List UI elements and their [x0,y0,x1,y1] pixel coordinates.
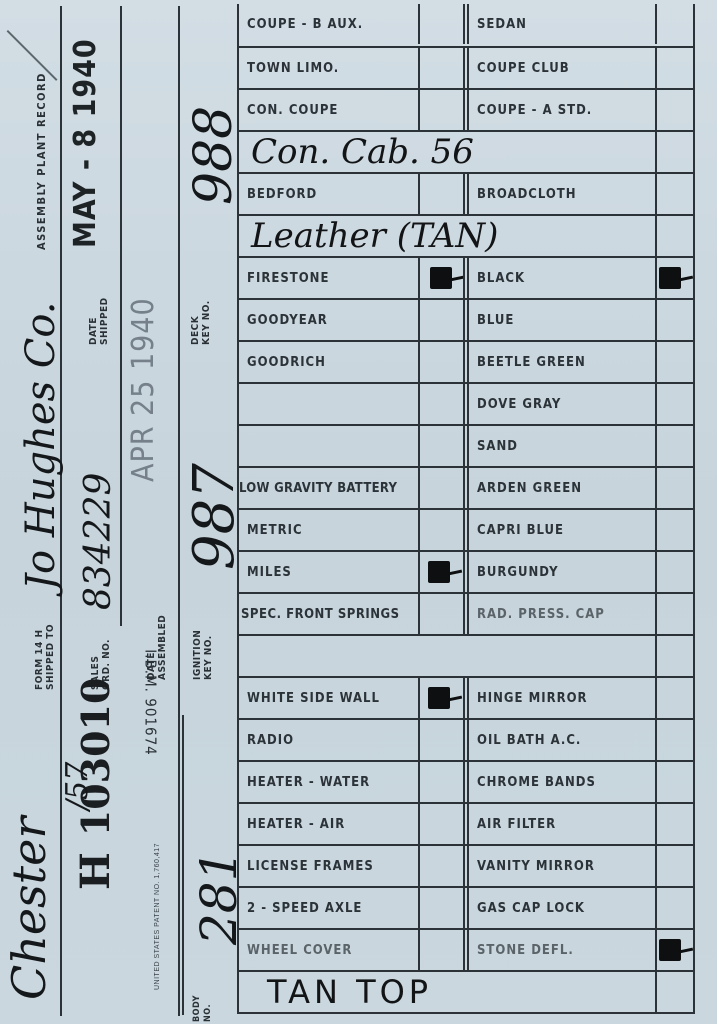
option-checkbox[interactable] [655,300,695,340]
grid-row: CON. COUPE COUPE - A STD. [237,88,695,130]
date-assembled-value: APR 25 1940 [126,297,161,482]
option-checkbox[interactable] [655,4,695,44]
grid-row: LICENSE FRAMES VANITY MIRROR [237,844,695,886]
option-label: MILES [237,552,418,592]
option-label: VANITY MIRROR [463,846,655,886]
grid-row: BEDFORD BROADCLOTH [237,172,695,214]
serial-number-value: 103010 [73,678,118,837]
pencil-stroke [7,30,58,81]
grid-row: SPEC. FRONT SPRINGS RAD. PRESS. CAP [237,592,695,634]
grid-row: SAND [237,424,695,466]
option-label: COUPE - A STD. [463,90,655,130]
option-label: CHROME BANDS [463,762,655,802]
option-label: SAND [463,426,655,466]
grid-row: METRIC CAPRI BLUE [237,508,695,550]
left-column-line-3 [178,6,180,1016]
option-checkbox[interactable] [655,972,695,1012]
grid-row: MILES BURGUNDY [237,550,695,592]
option-label: SPEC. FRONT SPRINGS [237,594,418,634]
option-checkbox[interactable] [655,132,695,172]
option-checkbox[interactable] [655,678,695,718]
option-checkbox-checked[interactable] [418,258,463,298]
option-label: STONE DEFL. [463,930,655,970]
option-checkbox[interactable] [655,468,695,508]
option-checkbox[interactable] [418,846,463,886]
left-column-line-2 [120,6,122,626]
grid-row: HEATER - WATER CHROME BANDS [237,760,695,802]
option-label: WHITE SIDE WALL [237,678,418,718]
option-label: CON. COUPE [237,90,418,130]
signature: Chester [2,817,56,1000]
check-mark-icon [430,267,452,289]
option-checkbox-checked[interactable] [418,552,463,592]
grid-row: FIRESTONE BLACK [237,256,695,298]
option-label: GOODRICH [237,342,418,382]
option-checkbox[interactable] [418,510,463,550]
option-label: BLUE [463,300,655,340]
grid-row-blank [237,634,695,676]
option-checkbox[interactable] [655,384,695,424]
option-label: LOW GRAVITY BATTERY [237,468,418,508]
grid-row: TOWN LIMO. COUPE CLUB [237,46,695,88]
option-checkbox[interactable] [655,342,695,382]
deck-key-value: 988 [184,106,244,205]
option-checkbox[interactable] [418,468,463,508]
grid-row: DOVE GRAY [237,382,695,424]
option-label: GAS CAP LOCK [463,888,655,928]
date-shipped-label: DATE SHIPPED [88,297,110,345]
option-checkbox-checked[interactable] [418,678,463,718]
upholstery-handwritten: Leather (TAN) [237,216,655,256]
grid-row: 2 - SPEED AXLE GAS CAP LOCK [237,886,695,928]
option-label: ARDEN GREEN [463,468,655,508]
option-checkbox[interactable] [655,552,695,592]
option-checkbox[interactable] [655,636,695,676]
option-checkbox[interactable] [655,720,695,760]
check-mark-icon [428,561,450,583]
serial-suffix: /57 [60,762,95,810]
assembly-plant-record-card: FORM 14 H SHIPPED TO Jo Hughes Co. ASSEM… [0,0,717,1024]
option-checkbox[interactable] [655,48,695,88]
option-label: HINGE MIRROR [463,678,655,718]
grid-row: HEATER - AIR AIR FILTER [237,802,695,844]
option-label: COUPE CLUB [463,48,655,88]
option-checkbox[interactable] [418,762,463,802]
top-color-handwritten: TAN TOP [237,972,655,1012]
option-label: BROADCLOTH [463,174,655,214]
option-label: LICENSE FRAMES [237,846,418,886]
date-shipped-value: MAY - 8 1940 [68,38,103,248]
sales-order-value: 834229 [78,473,119,610]
grid-row-handwritten: Con. Cab. 56 [237,130,695,172]
option-label: DOVE GRAY [463,384,655,424]
option-checkbox-checked[interactable] [655,258,695,298]
option-label: COUPE - B AUX. [237,4,418,44]
option-label: METRIC [237,510,418,550]
option-label [237,384,418,424]
option-checkbox[interactable] [418,342,463,382]
patent-text: UNITED STATES PATENT NO. 1,760,417 [154,843,161,990]
body-style-handwritten: Con. Cab. 56 [237,132,655,172]
option-label: OIL BATH A.C. [463,720,655,760]
ignition-key-label: IGNITION KEY NO. [192,630,214,680]
option-checkbox[interactable] [655,594,695,634]
option-checkbox[interactable] [418,426,463,466]
option-label: WHEEL COVER [237,930,418,970]
option-checkbox-checked[interactable] [655,930,695,970]
option-checkbox[interactable] [418,300,463,340]
date-assembled-label: DATE ASSEMBLED [146,615,168,680]
option-label: AIR FILTER [463,804,655,844]
blank-row [237,636,655,676]
option-checkbox[interactable] [655,762,695,802]
option-label: 2 - SPEED AXLE [237,888,418,928]
grid-row: WHEEL COVER STONE DEFL. [237,928,695,970]
option-checkbox[interactable] [655,216,695,256]
grid-row-handwritten: TAN TOP [237,970,695,1014]
check-mark-icon [659,267,681,289]
option-checkbox[interactable] [655,426,695,466]
option-label: TOWN LIMO. [237,48,418,88]
option-label: HEATER - AIR [237,804,418,844]
option-label: HEATER - WATER [237,762,418,802]
grid-row-handwritten: Leather (TAN) [237,214,695,256]
check-mark-icon [428,687,450,709]
grid-row: LOW GRAVITY BATTERY ARDEN GREEN [237,466,695,508]
option-label: SEDAN [463,4,655,44]
deck-key-label: DECK KEY NO. [190,300,212,345]
option-checkbox[interactable] [418,384,463,424]
option-checkbox[interactable] [655,804,695,844]
option-checkbox[interactable] [418,4,463,44]
body-no-label: BODY NO. [192,995,214,1022]
option-checkbox[interactable] [655,174,695,214]
shipped-to-value: Jo Hughes Co. [18,302,64,590]
option-checkbox[interactable] [418,888,463,928]
form-number-label: FORM 14 H SHIPPED TO [34,624,56,690]
option-label: CAPRI BLUE [463,510,655,550]
serial-series: H [72,852,119,890]
left-column-line-4 [182,715,184,1015]
check-mark-icon [659,939,681,961]
option-checkbox[interactable] [418,804,463,844]
option-checkbox[interactable] [655,846,695,886]
option-label [237,426,418,466]
option-checkbox[interactable] [418,720,463,760]
option-label: BLACK [463,258,655,298]
option-label: GOODYEAR [237,300,418,340]
option-label: FIRESTONE [237,258,418,298]
option-checkbox[interactable] [418,48,463,88]
option-label: BEETLE GREEN [463,342,655,382]
option-checkbox[interactable] [655,510,695,550]
option-checkbox[interactable] [655,888,695,928]
grid-row: WHITE SIDE WALL HINGE MIRROR [237,676,695,718]
option-label: BEDFORD [237,174,418,214]
option-label: BURGUNDY [463,552,655,592]
grid-row: GOODYEAR BLUE [237,298,695,340]
option-checkbox[interactable] [418,594,463,634]
option-label: RADIO [237,720,418,760]
form-title: ASSEMBLY PLANT RECORD [36,72,47,250]
option-checkbox[interactable] [418,90,463,130]
option-label: RAD. PRESS. CAP [463,594,655,634]
grid-row: GOODRICH BEETLE GREEN [237,340,695,382]
grid-row: COUPE - B AUX. SEDAN [237,4,695,46]
option-checkbox[interactable] [418,174,463,214]
option-checkbox[interactable] [655,90,695,130]
option-checkbox[interactable] [418,930,463,970]
grid-row: RADIO OIL BATH A.C. [237,718,695,760]
